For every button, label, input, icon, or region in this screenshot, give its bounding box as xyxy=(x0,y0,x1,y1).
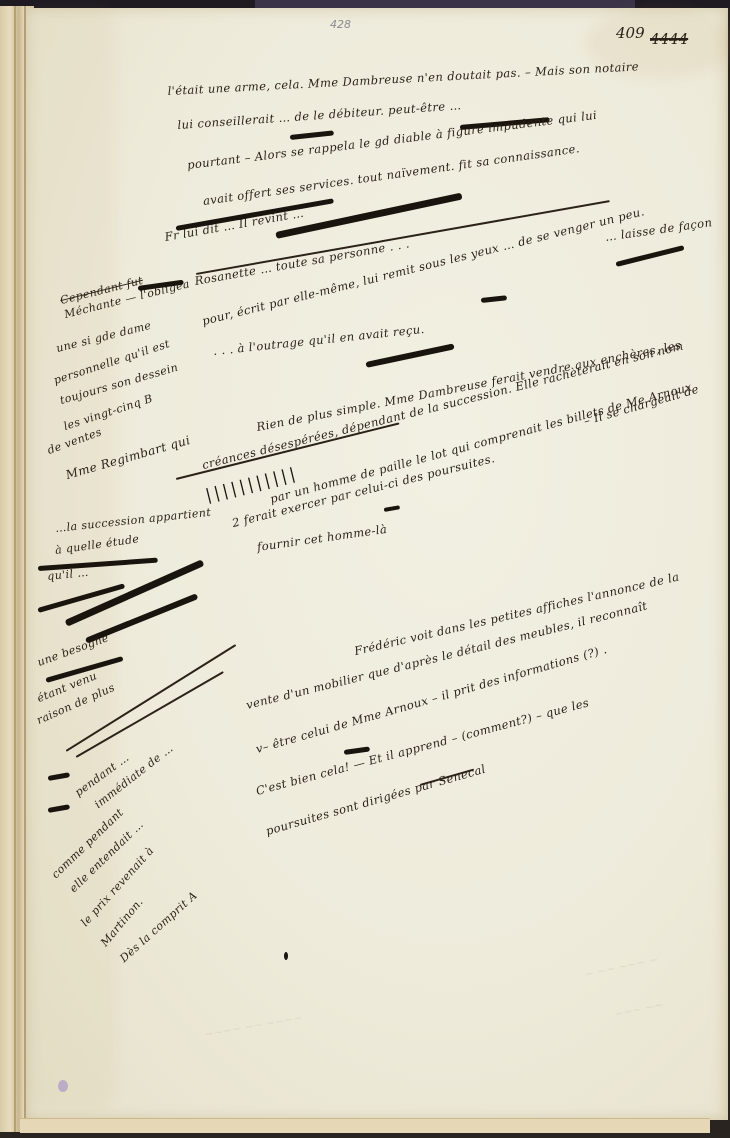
library-stamp xyxy=(58,1080,68,1092)
bleed-through-text: ~~~~ ~~ ~~~~ xyxy=(204,1011,304,1041)
strike-through xyxy=(290,130,334,140)
manuscript-page: ~ ~~ ~~~ ~ ~~~ ~~ ~~~~ ~~ ~~~~ 428 409 4… xyxy=(26,8,728,1120)
strike-through xyxy=(481,295,507,303)
ink-blot xyxy=(284,952,288,960)
main-text-line: 2 ferait exercer par celui-ci des poursu… xyxy=(231,451,497,530)
scanner-edge-highlight xyxy=(255,0,635,8)
page-bottom-edge xyxy=(20,1118,710,1133)
strike-through xyxy=(365,343,454,368)
main-text-line: fournir cet homme-là xyxy=(256,522,388,554)
main-text-line: l'était une arme, cela. Mme Dambreuse n'… xyxy=(167,59,639,98)
main-text-line: . . . à l'outrage qu'il en avait reçu. xyxy=(213,322,426,358)
bleed-through-text: ~~~ ~~ xyxy=(613,998,664,1021)
pencil-folio-number: 428 xyxy=(330,18,351,31)
main-text-line: Rien de plus simple. Mme Dambreuse ferai… xyxy=(255,338,682,434)
strike-through xyxy=(615,245,684,267)
ink-folio-number: 409 xyxy=(616,24,645,42)
strike-through xyxy=(384,505,400,512)
struck-folio-number: 4444 xyxy=(650,30,688,48)
scanner-top-edge xyxy=(0,0,730,8)
bleed-through-text: ~ ~~ ~~~ ~ xyxy=(583,953,659,981)
margin-note: Dès la comprit A xyxy=(117,889,200,965)
main-text-line: lui conseillerait … de le débiteur. peut… xyxy=(177,98,462,132)
spine-line xyxy=(14,6,16,1132)
